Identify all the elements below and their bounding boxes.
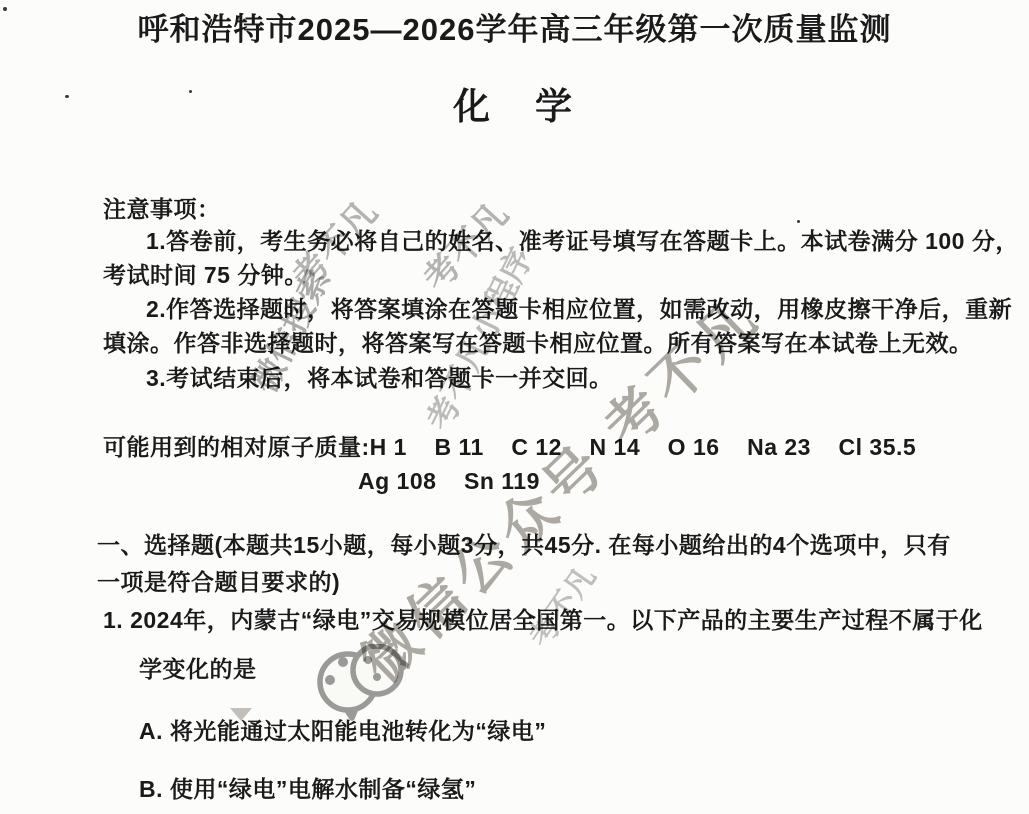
wechat-eye — [325, 675, 335, 685]
section-one-header-line-2: 一项是符合题目要求的) — [97, 569, 340, 597]
subject-title: 化 学 — [453, 85, 576, 129]
wechat-logo-icon — [314, 644, 410, 726]
notice-heading: 注意事项： — [103, 196, 221, 224]
notice-line-1: 1.答卷前，考生务必将自己的姓名、准考证号填写在答题卡上。本试卷满分 100 分… — [146, 228, 1019, 256]
scan-speck — [797, 220, 800, 223]
section-one-header-line-1: 一、选择题(本题共15小题，每小题3分，共45分. 在每小题给出的4个选项中，只… — [97, 532, 951, 560]
notice-line-5: 3.考试结束后，将本试卷和答题卡一并交回。 — [146, 365, 613, 393]
question-1-line-1: 1. 2024年，内蒙古“绿电”交易规模位居全国第一。以下产品的主要生产过程不属… — [103, 607, 983, 635]
watermark-text: 考不凡 — [516, 556, 604, 655]
question-1-option-b: B. 使用“绿电”电解水制备“绿氢” — [139, 776, 476, 804]
scan-speck — [65, 95, 69, 98]
page-title: 呼和浩特市2025—2026学年高三年级第一次质量监测 — [138, 11, 892, 48]
wechat-eye — [364, 656, 372, 664]
scan-speck — [902, 230, 905, 233]
watermark-fragment — [230, 708, 252, 721]
scan-speck — [189, 90, 192, 93]
notice-line-2: 考试时间 75 分钟。 — [103, 262, 308, 290]
atomic-masses-line-1: 可能用到的相对原子质量:H 1 B 11 C 12 N 14 O 16 Na 2… — [103, 434, 916, 462]
notice-line-4: 填涂。作答非选择题时，将答案写在答题卡相应位置。所有答案写在本试卷上无效。 — [103, 330, 973, 358]
scan-speck — [3, 7, 7, 11]
atomic-masses-line-2: Ag 108 Sn 119 — [358, 468, 540, 496]
notice-line-3: 2.作答选择题时，将答案填涂在答题卡相应位置，如需改动，用橡皮擦干净后，重新 — [146, 296, 1012, 324]
exam-paper-page: 呼和浩特市2025—2026学年高三年级第一次质量监测 化 学 注意事项： 1.… — [0, 0, 1029, 814]
wechat-eye — [373, 673, 381, 681]
wechat-eye — [338, 657, 348, 667]
question-1-line-2: 学变化的是 — [139, 656, 257, 684]
